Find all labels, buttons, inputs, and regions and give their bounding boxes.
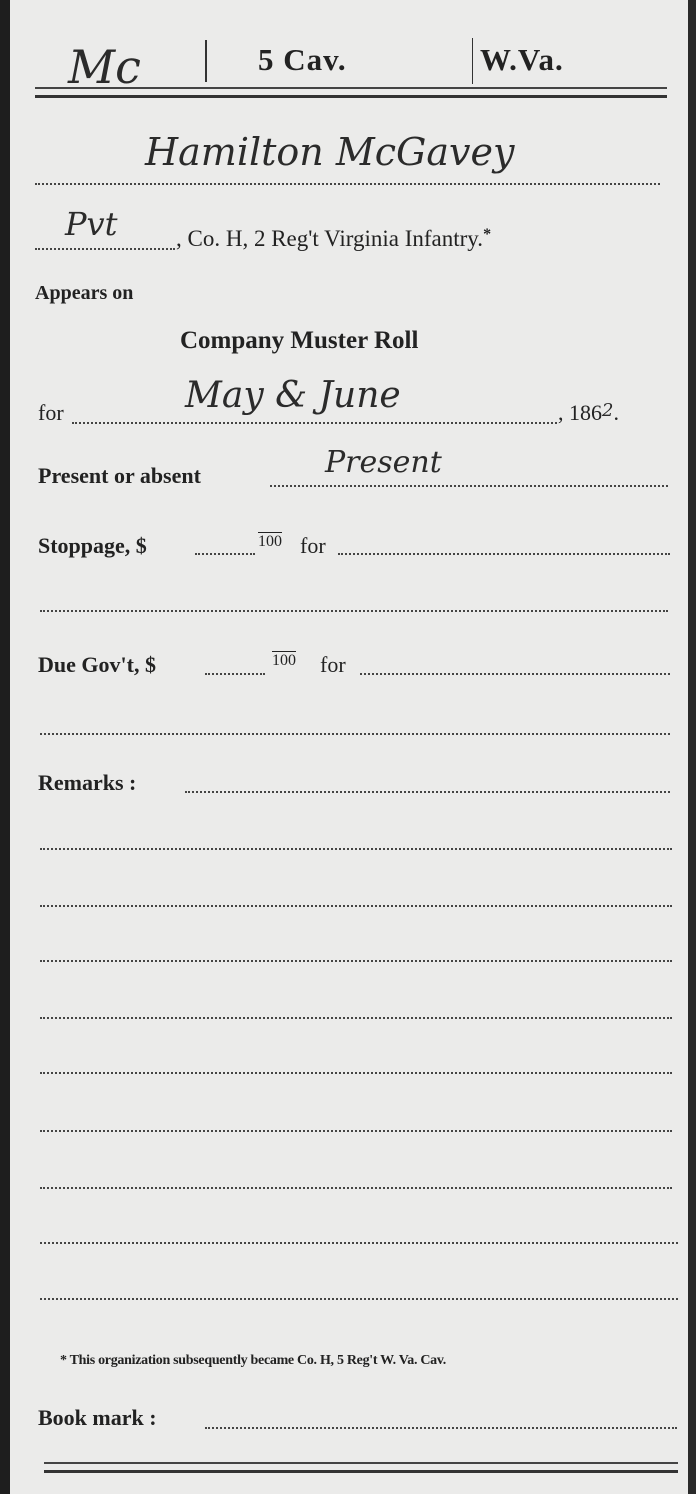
- name-line: [35, 183, 660, 185]
- due-cents: 100: [272, 652, 296, 670]
- period-line: [72, 422, 557, 424]
- roll-title: Company Muster Roll: [180, 327, 418, 355]
- for-label: for: [38, 400, 64, 426]
- remarks-line-6: [40, 1072, 672, 1074]
- due-line: [360, 673, 670, 675]
- present-line: [270, 485, 668, 487]
- year-prefix: , 186: [558, 400, 602, 425]
- stoppage-line-2: [40, 610, 668, 612]
- remarks-line-1: [185, 791, 670, 793]
- surname-initial: Mc: [68, 40, 141, 94]
- stoppage-label: Stoppage, $: [38, 533, 147, 559]
- stoppage-line: [338, 553, 670, 555]
- present-label: Present or absent: [38, 463, 201, 489]
- appears-on-label: Appears on: [35, 282, 133, 305]
- header-divider: [205, 40, 207, 82]
- remarks-line-10: [40, 1298, 678, 1300]
- remarks-line-4: [40, 960, 672, 962]
- rank-line: [35, 248, 175, 250]
- present-value: Present: [325, 445, 442, 480]
- remarks-line-9: [40, 1242, 678, 1244]
- remarks-line-8: [40, 1187, 672, 1189]
- bookmark-line: [205, 1427, 677, 1429]
- header-rule: [35, 87, 667, 98]
- due-dollars-line: [205, 673, 265, 675]
- year-end: .: [613, 400, 619, 425]
- soldier-name: Hamilton McGavey: [145, 130, 514, 174]
- remarks-line-2: [40, 848, 672, 850]
- unit-asterisk: *: [483, 226, 491, 243]
- unit-label: , Co. H, 2 Reg't Virginia Infantry.: [176, 226, 483, 251]
- remarks-line-3: [40, 905, 672, 907]
- soldier-rank: Pvt: [65, 205, 117, 243]
- stoppage-for: for: [300, 533, 326, 559]
- year-suffix: 2: [602, 400, 613, 421]
- muster-roll-card: Mc 5 Cav. W.Va. Hamilton McGavey Pvt , C…: [0, 0, 688, 1494]
- unit-text: , Co. H, 2 Reg't Virginia Infantry.*: [176, 226, 491, 252]
- remarks-label: Remarks :: [38, 770, 136, 796]
- remarks-line-5: [40, 1017, 672, 1019]
- bookmark-label: Book mark :: [38, 1405, 157, 1431]
- remarks-line-7: [40, 1130, 672, 1132]
- period-value: May & June: [185, 375, 401, 416]
- stoppage-cents: 100: [258, 533, 282, 551]
- footnote: * This organization subsequently became …: [60, 1353, 446, 1369]
- due-line-2: [40, 733, 670, 735]
- due-label: Due Gov't, $: [38, 652, 156, 678]
- year-field: , 1862.: [558, 400, 619, 426]
- footer-rule: [44, 1462, 678, 1473]
- header-regiment: 5 Cav.: [258, 42, 347, 78]
- stoppage-dollars-line: [195, 553, 255, 555]
- header-divider-2: [472, 38, 473, 84]
- due-for: for: [320, 652, 346, 678]
- header-state: W.Va.: [480, 42, 564, 78]
